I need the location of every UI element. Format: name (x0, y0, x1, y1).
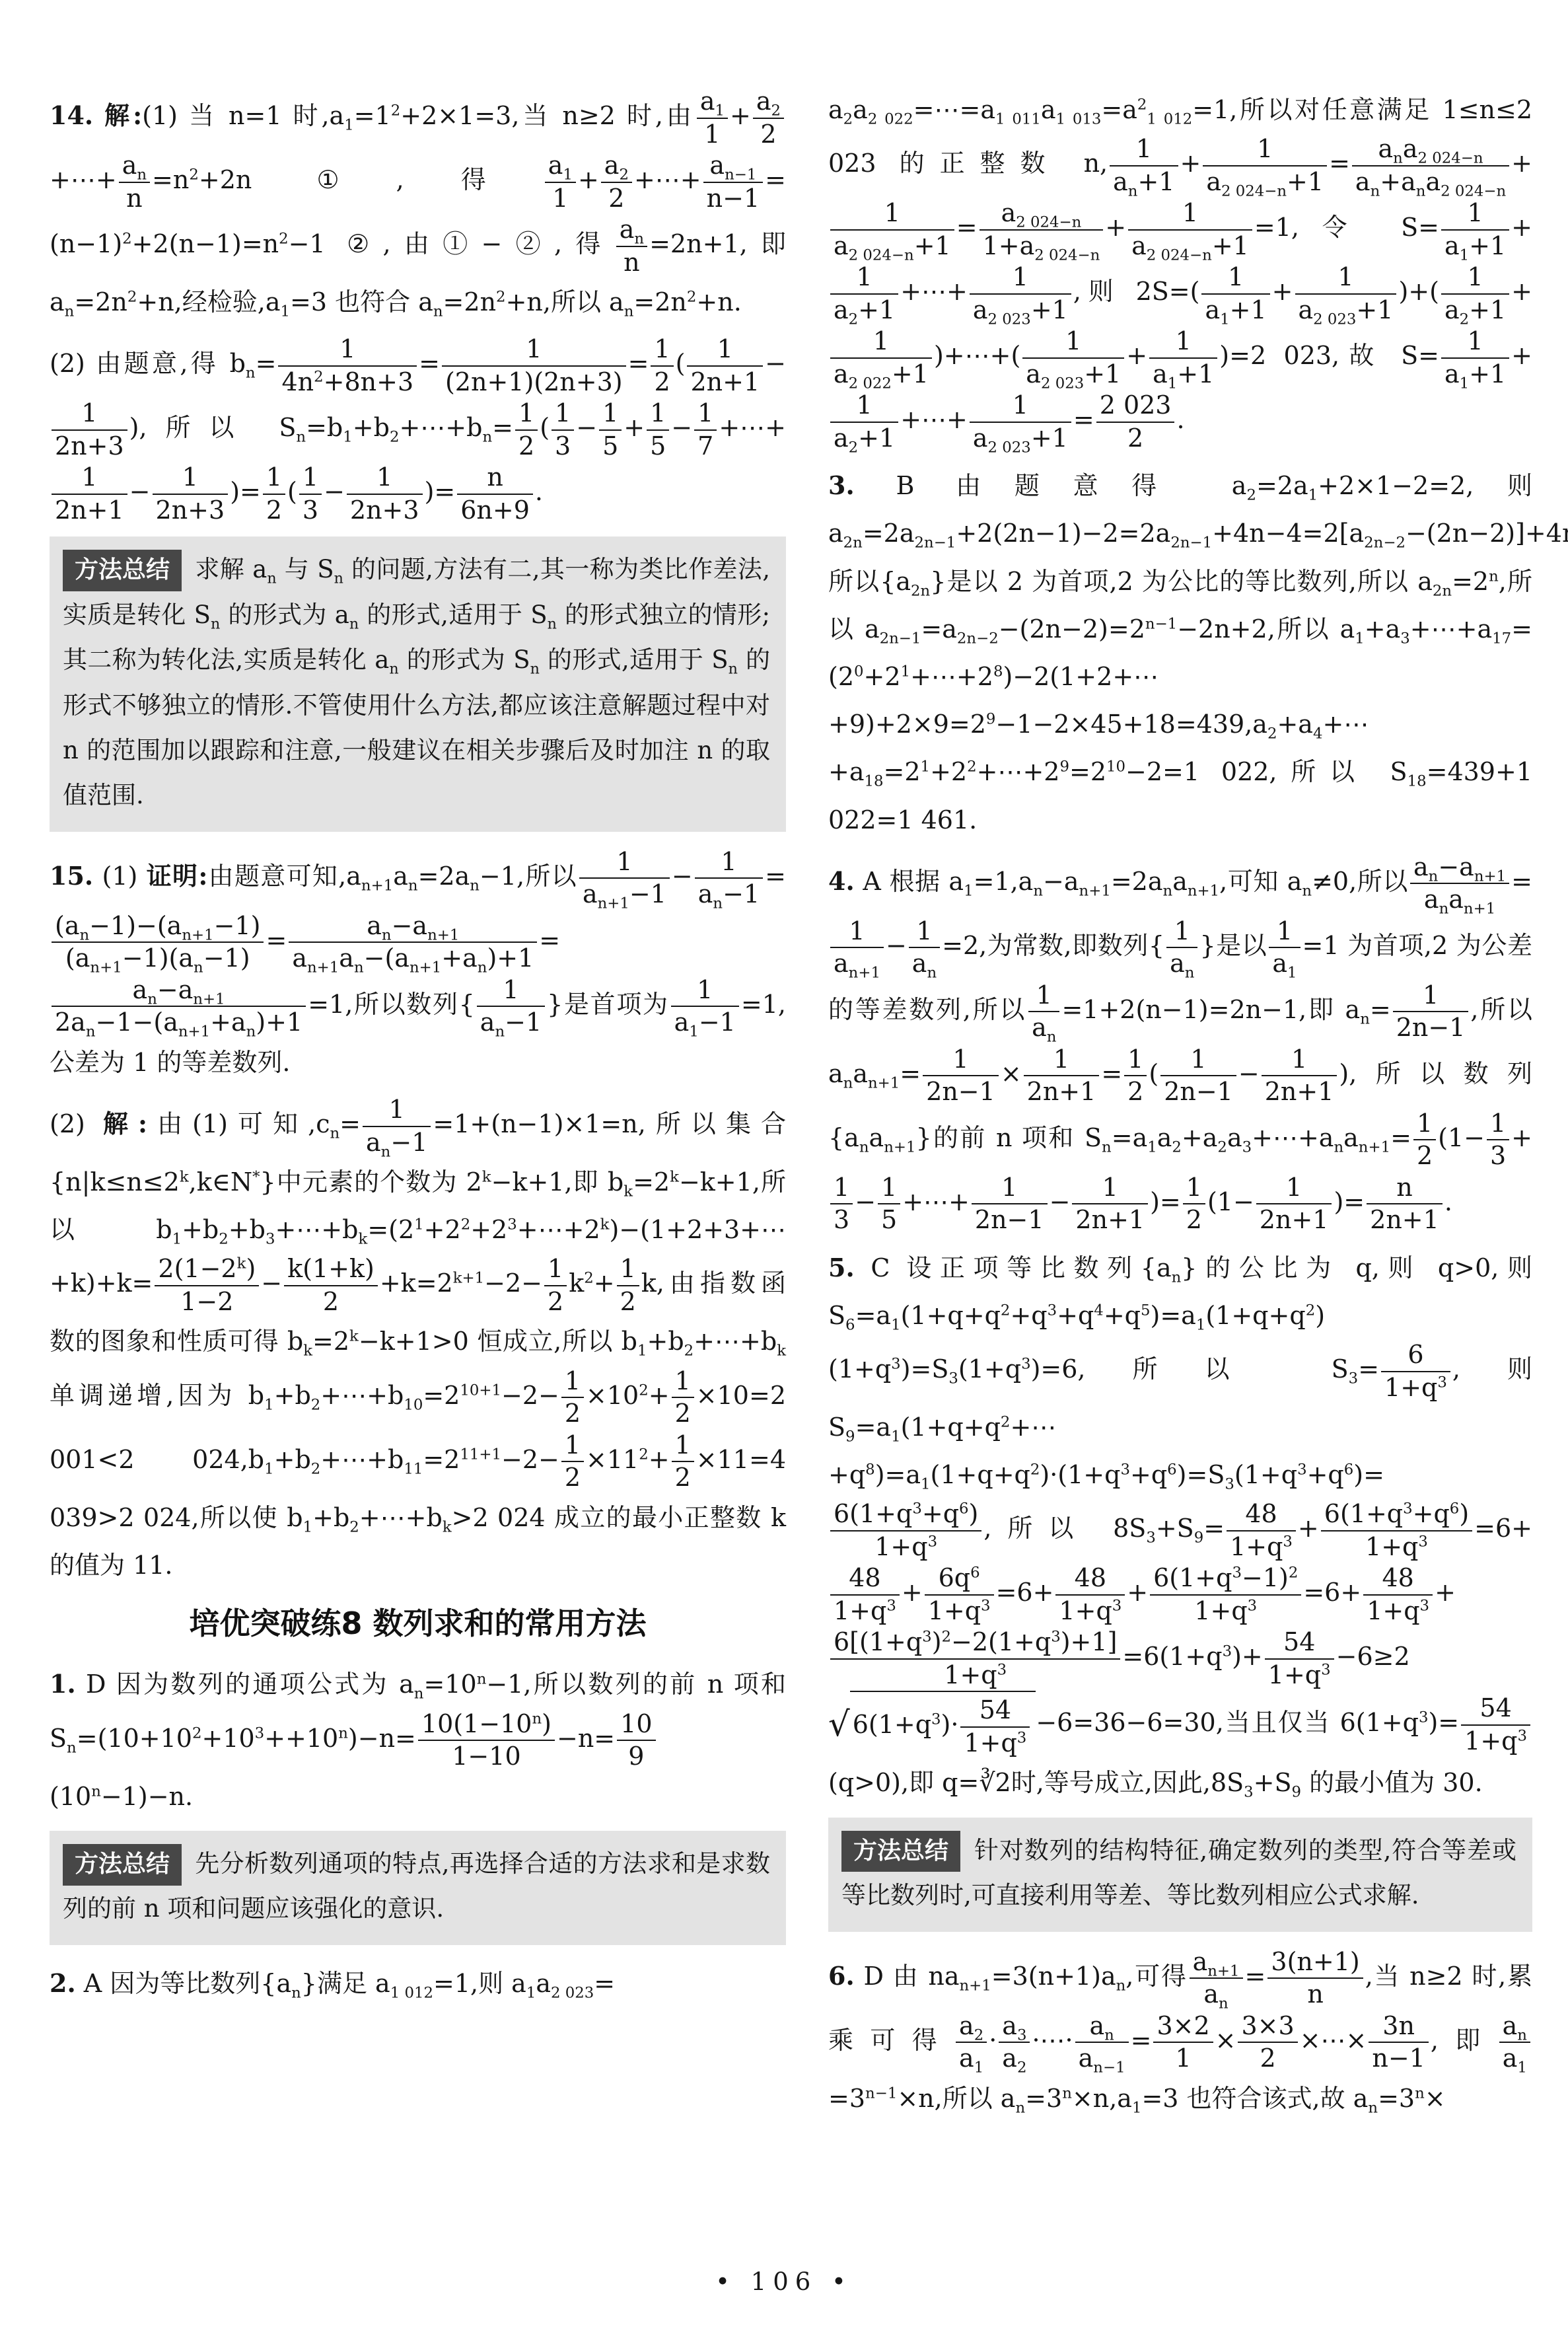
page: 14. 解:(1) 当 n=1 时,a1=12+2×1=3,当 n≥2 时,由a… (0, 0, 1568, 2325)
method-summary-label-3: 方法总结 (841, 1831, 960, 1872)
solution-6: 6. D 由 nan+1=3(n+1)an,可得an+1an=3(n+1)n,当… (828, 1946, 1532, 2122)
solution-14-part2: (2) 由题意,得 bn=14n2+8n+3=1(2n+1)(2n+3)=12(… (50, 334, 786, 526)
solution-2-continued: a2a2 022=⋯=a1 011a1 013=a21 012=1,所以对任意满… (828, 86, 1532, 454)
method-summary-box-2: 方法总结先分析数列通项的特点,再选择合适的方法求和是求数列的前 n 项和问题应该… (50, 1831, 786, 1945)
solution-15-part1: 15. (1) 证明:由题意可知,an+1an=2an−1,所以1an+1−1−… (50, 846, 786, 1086)
solution-3: 3. B 由题意得 a2=2a1+2×1−2=2,则 a2n=2a2n−1+2(… (828, 462, 1532, 844)
solution-14-part1: 14. 解:(1) 当 n=1 时,a1=12+2×1=3,当 n≥2 时,由a… (50, 86, 786, 326)
solution-2-start: 2. A 因为等比数列{an}满足 a1 012=1,则 a1a2 023= (50, 1960, 786, 2007)
solution-4: 4. A 根据 a1=1,an−an+1=2anan+1,可知 an≠0,所以a… (828, 852, 1532, 1236)
solution-1: 1. D 因为数列的通项公式为 an=10n−1,所以数列的前 n 项和 Sn=… (50, 1660, 786, 1820)
two-column-layout: 14. 解:(1) 当 n=1 时,a1=12+2×1=3,当 n≥2 时,由a… (0, 0, 1568, 2130)
section-heading: 培优突破练8 数列求和的常用方法 (50, 1602, 786, 1644)
left-column: 14. 解:(1) 当 n=1 时,a1=12+2×1=3,当 n≥2 时,由a… (50, 86, 786, 2130)
method-summary-label-2: 方法总结 (63, 1844, 182, 1886)
method-summary-box-1: 方法总结求解 an 与 Sn 的问题,方法有二,其一称为类比作差法,实质是转化 … (50, 536, 786, 832)
solution-15-part2: (2) 解:由(1)可知,cn=1an−1=1+(n−1)×1=n,所以集合{n… (50, 1094, 786, 1589)
solution-5: 5. C 设正项等比数列{an}的公比为 q,则 q>0,则 S6=a1(1+q… (828, 1244, 1532, 1807)
page-number: • 106 • (0, 2268, 1568, 2296)
method-summary-text-1: 求解 an 与 Sn 的问题,方法有二,其一称为类比作差法,实质是转化 Sn 的… (63, 555, 770, 809)
method-summary-label-1: 方法总结 (63, 550, 182, 591)
method-summary-box-3: 方法总结针对数列的结构特征,确定数列的类型,符合等差或等比数列时,可直接利用等差… (828, 1818, 1532, 1932)
right-column: a2a2 022=⋯=a1 011a1 013=a21 012=1,所以对任意满… (828, 86, 1532, 2130)
